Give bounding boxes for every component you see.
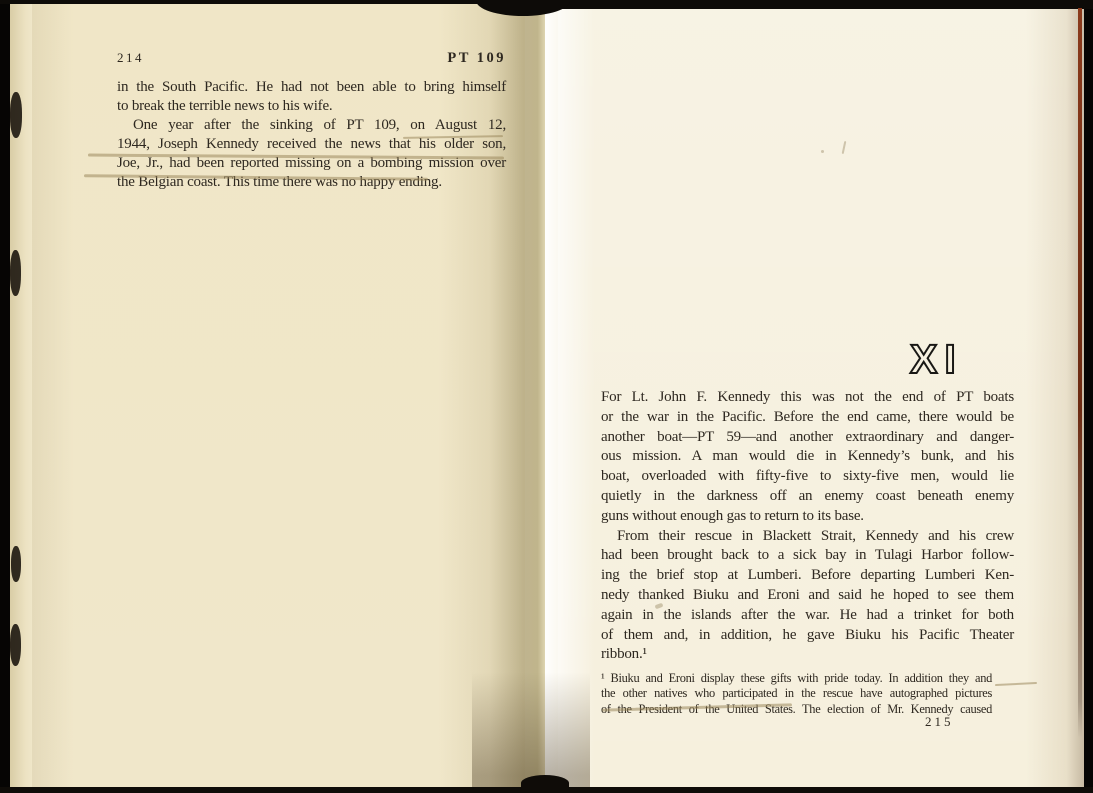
- text-line: boat, overloaded with fifty-five to sixt…: [601, 467, 1014, 487]
- text-line: ribbon.¹: [601, 645, 1014, 665]
- text-line: guns without enough gas to return to its…: [601, 507, 1014, 527]
- text-line: another boat—PT 59—and another extraordi…: [601, 428, 1014, 448]
- footnote: ¹ Biuku and Eroni display these gifts wi…: [601, 671, 992, 717]
- text-line: One year after the sinking of PT 109, on…: [117, 116, 506, 135]
- text-line: had been brought back to a sick bay in T…: [601, 546, 1014, 566]
- text-line: of them and, in addition, he gave Biuku …: [601, 626, 1014, 646]
- left-page-header: 214 PT 109: [117, 50, 506, 67]
- text-line: again in the islands after the war. He h…: [601, 606, 1014, 626]
- text-line: For Lt. John F. Kennedy this was not the…: [601, 388, 1014, 408]
- footnote-line: the other natives who participated in th…: [601, 686, 992, 701]
- right-page-edge-shade: [1026, 4, 1084, 790]
- text-line: ing the brief stop at Lumberi. Before de…: [601, 566, 1014, 586]
- text-line: ous mission. A man would die in Kennedy’…: [601, 447, 1014, 467]
- text-line: to break the terrible news to his wife.: [117, 97, 506, 116]
- text-line: From their rescue in Blackett Strait, Ke…: [601, 527, 1014, 547]
- text-line: nedy thanked Biuku and Eroni and said he…: [601, 586, 1014, 606]
- left-page-inner-shade: [28, 4, 74, 790]
- chapter-heading: XI: [910, 336, 1030, 383]
- page-edge-stack-mark: [11, 546, 21, 582]
- photo-edge-bottom: [0, 787, 1093, 793]
- page-number-left: 214: [117, 50, 144, 66]
- page-number-right: 215: [925, 714, 954, 730]
- footnote-line: ¹ Biuku and Eroni display these gifts wi…: [601, 671, 992, 686]
- text-line: quietly in the darkness off an enemy coa…: [601, 487, 1014, 507]
- pencil-dot-mark: [821, 150, 824, 153]
- page-edge-stack-mark: [10, 250, 21, 296]
- binding-bottom-shadow: [472, 672, 590, 787]
- page-edge-stack-mark: [10, 92, 22, 138]
- book-cover-edge: [1078, 8, 1082, 738]
- right-page-text: For Lt. John F. Kennedy this was not the…: [601, 388, 1014, 665]
- text-line: in the South Pacific. He had not been ab…: [117, 78, 506, 97]
- page-edge-stack-mark: [10, 624, 21, 666]
- text-line: or the war in the Pacific. Before the en…: [601, 408, 1014, 428]
- running-head: PT 109: [447, 50, 506, 67]
- photo-edge-top-right: [558, 0, 1093, 9]
